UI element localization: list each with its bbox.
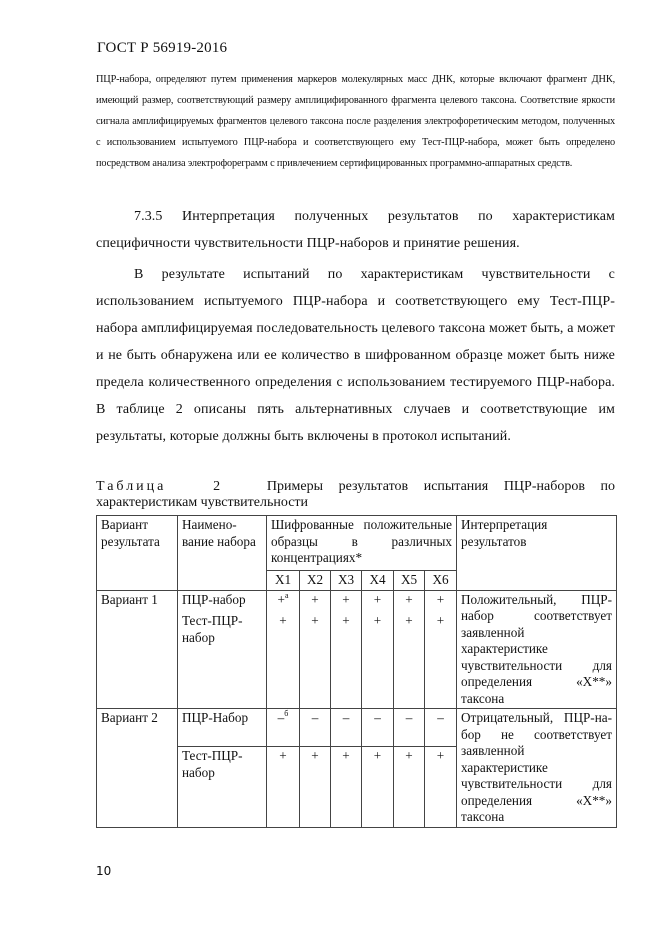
results-paragraph: В результате испытаний по характеристика… — [96, 261, 615, 450]
result-cell: + — [394, 590, 425, 612]
caption-label: Таблица — [96, 479, 166, 494]
result-cell: – — [300, 709, 331, 747]
caption-title-line1: Примеры результатов испытания ПЦР-наборо… — [267, 479, 615, 494]
result-cell: + — [300, 612, 331, 709]
table-row: Вариант 1ПЦР-набор+а+++++Положительный, … — [97, 590, 617, 612]
result-cell: + — [300, 747, 331, 828]
header-kit-name: Наимено-вание набора — [178, 516, 267, 591]
header-sample-x5: X5 — [394, 571, 425, 591]
result-cell: + — [425, 612, 457, 709]
kit-name-cell: Тест-ПЦР-набор — [178, 747, 267, 828]
intro-paragraph: ПЦР-набора, определяют путем применения … — [96, 69, 615, 174]
caption-number: 2 — [213, 479, 220, 494]
table-caption: Таблица 2 Примеры результатов испытания … — [96, 479, 615, 511]
header-sample-x2: X2 — [300, 571, 331, 591]
sensitivity-results-table: Вариант результата Наимено-вание набора … — [96, 515, 617, 828]
result-cell: + — [394, 612, 425, 709]
result-cell: – — [425, 709, 457, 747]
header-interpretation: Интерпретация результатов — [457, 516, 617, 591]
kit-name-cell: ПЦР-набор — [178, 590, 267, 612]
kit-name-cell: Тест-ПЦР-набор — [178, 612, 267, 709]
interpretation-cell: Положительный, ПЦР-набор соответствует з… — [457, 590, 617, 709]
result-cell: + — [362, 612, 394, 709]
header-sample-x4: X4 — [362, 571, 394, 591]
result-cell: + — [331, 612, 362, 709]
header-sample-x6: X6 — [425, 571, 457, 591]
header-variant: Вариант результата — [97, 516, 178, 591]
result-cell: +а — [267, 590, 300, 612]
kit-name-cell: ПЦР-Набор — [178, 709, 267, 747]
result-cell: – — [394, 709, 425, 747]
result-cell: + — [425, 747, 457, 828]
variant-cell: Вариант 2 — [97, 709, 178, 828]
result-cell: + — [362, 747, 394, 828]
result-cell: + — [267, 747, 300, 828]
header-sample-x3: X3 — [331, 571, 362, 591]
document-header: ГОСТ Р 56919-2016 — [97, 40, 227, 57]
section-7-3-5: 7.3.5 Интерпретация полученных результат… — [96, 203, 615, 257]
result-cell: –б — [267, 709, 300, 747]
result-cell: + — [300, 590, 331, 612]
header-samples: Шифрованные положительные образцы в разл… — [267, 516, 457, 571]
interpretation-cell: Отрицательный, ПЦР-на- бор не соответств… — [457, 709, 617, 828]
result-cell: + — [331, 747, 362, 828]
result-cell: + — [331, 590, 362, 612]
table-row: Вариант 2ПЦР-Набор–б–––––Отрицательный, … — [97, 709, 617, 747]
variant-cell: Вариант 1 — [97, 590, 178, 709]
footnote-marker: а — [285, 591, 289, 600]
result-cell: + — [425, 590, 457, 612]
footnote-marker: б — [284, 709, 288, 718]
result-cell: + — [267, 612, 300, 709]
result-cell: + — [394, 747, 425, 828]
header-sample-x1: X1 — [267, 571, 300, 591]
caption-title-line2: характеристикам чувствительности — [96, 495, 308, 510]
result-cell: + — [362, 590, 394, 612]
result-cell: – — [331, 709, 362, 747]
page-number: 10 — [96, 864, 111, 878]
result-cell: – — [362, 709, 394, 747]
